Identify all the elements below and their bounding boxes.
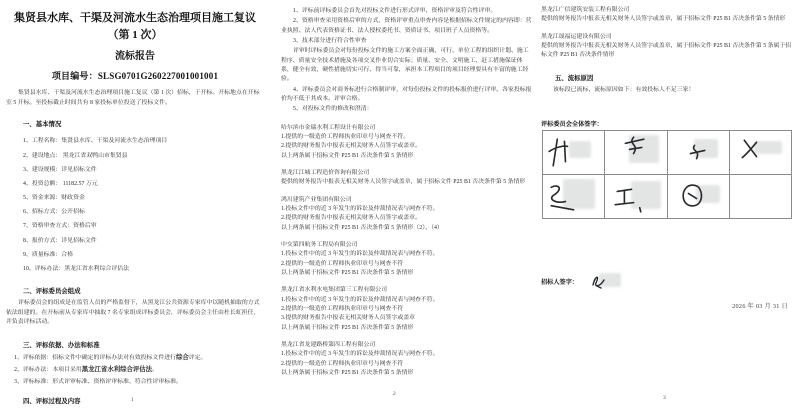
committee-signature-cell: [543, 175, 605, 219]
committee-signature-cell: [667, 175, 729, 219]
rejection-reason: 1.投标文件中的近 3 年发生的诉讼及仲裁情况表与网查不符。: [281, 205, 533, 214]
process-paragraph: 2、资格审查采用资格后审的方式，资格评审重点审查内容是根据招标文件规定的内容即：…: [281, 17, 533, 36]
company-name: 黑龙江晟福运建设有限公司: [541, 33, 794, 42]
intro-paragraph: 集贤县水库、干渠及河流水生态治理项目施工复议（第 1 次）招标，于开标。开标地点…: [6, 88, 264, 108]
rejection-reason: 以上两条属于招标文件 P25 B1 否决条件第 5 条情形: [281, 269, 533, 278]
rejected-bidder-block: 中交第四航务工程局有限公司 1.投标文件中的近 3 年发生的诉讼及仲裁情况表与网…: [281, 241, 533, 278]
rejection-reason: 以上两条属于招标文件 P25 B1 否决条件第 5 条情形: [281, 152, 533, 161]
failure-reason-paragraph: 该标段已流标，流标原因如下：有效投标人不足三家！: [541, 86, 794, 95]
bidder-signature-label: 招标人签字：: [541, 277, 578, 286]
handwritten-signature: [605, 175, 666, 218]
company-name: 哈尔滨市金瑞水利工程设计有限公司: [281, 124, 533, 133]
rejected-bidder-block: 黑龙江江城工程造价咨询有限公司 提供的财务报告中报表无相关财务人员签字或盖章，属…: [281, 169, 533, 188]
rejection-reason: 2.提供的一级造价工程师执业印章号与网查不符: [281, 360, 533, 369]
criteria-item: 2、评标办法：本项目采用黑龙江省水利综合评估法。: [6, 364, 264, 377]
criteria-list: 1、评标依据：招标文件中确定的评标办法对有效投标文件进行综合评定。 2、评标办法…: [6, 352, 264, 389]
basic-info-item: 2、建设地点： 黑龙江省双鸭山市集贤县: [6, 150, 264, 164]
report-page-1: 集贤县水库、干渠及河流水生态治理项目施工复议（第 1 次） 流标报告 项目编号：…: [6, 0, 264, 419]
basic-info-item: 10、评标办法：黑龙江省水利综合评估法: [6, 263, 264, 277]
rejection-reason: 2.提供的财务报告中报表无相关财务人员签字或盖章。: [281, 214, 533, 223]
rejection-reason: 1.投标文件中的近 3 年发生的诉讼及仲裁情况表与网查不符。: [281, 250, 533, 259]
criteria-emphasis: 综合: [176, 354, 189, 361]
process-paragraph: 5、对投标文件的修改和澄清：: [281, 105, 533, 114]
process-paragraph: 1、评标前评标委员会首先对投标文件进行形式评审、资格评审及符合性评审。: [281, 7, 533, 16]
committee-signature-cell-empty: [729, 175, 791, 219]
rejection-reason: 2.提供的一级造价工程师执业印章号与网查不符: [281, 305, 533, 314]
committee-signature-cell: [605, 175, 667, 219]
section-basic-info-heading: 一、基本情况: [23, 119, 264, 128]
page-number-3: 3: [663, 395, 666, 401]
rejection-reason: 以上两条属于招标文件 P25 B1 否决条件第 5 条情形（2）、（4）: [281, 224, 533, 233]
company-name: 黑龙江江城工程造价咨询有限公司: [281, 169, 533, 178]
handwritten-signature: [605, 131, 666, 174]
committee-paragraph: 评标委员会的组成是在监管人员的严格监督下，从黑龙江公共资源专家库中以随机抽取的方…: [6, 299, 264, 327]
handwritten-signature: [587, 271, 635, 291]
criteria-item: 3、评标标准：形式评审标准、资格评审标准、符合性评审标准。: [6, 377, 264, 389]
rejection-reason: 2.提供的一级造价工程师执业印章号与网查不符: [281, 260, 533, 269]
committee-signature-cell: [667, 131, 729, 175]
section-process-heading: 四、评标过程及内容: [23, 396, 264, 405]
bidder-handwritten-signature: [587, 271, 635, 291]
criteria-text: 。: [152, 367, 158, 373]
project-number-line: 项目编号：SLSG0701G260227001001001: [6, 69, 264, 82]
rejected-bidder-block: 哈尔滨市金瑞水利工程设计有限公司 1.提供的一级造价工程师执业印章号与网查不符。…: [281, 124, 533, 161]
rejection-reason: 以上两条属于招标文件 P25 B1 否决条件第 5 条情形: [281, 369, 533, 378]
project-number-label: 项目编号：: [52, 71, 98, 81]
section-criteria-heading: 三、评标依据、办法和标准: [23, 340, 264, 349]
rejection-reason: 提供的财务报告中报表无相关财务人员签字或盖章，属于招标文件 P25 B1 否决条…: [541, 42, 794, 61]
report-page-3: 黑龙江广信建筑安装工程有限公司 提供的财务报告中报表无相关财务人员签字或盖章，属…: [541, 0, 794, 419]
criteria-item: 1、评标依据：招标文件中确定的评标办法对有效投标文件进行综合评定。: [6, 352, 264, 365]
company-name: 黑龙江广信建筑安装工程有限公司: [541, 6, 794, 15]
process-paragraph: 4、评标委员会对商务标进行合格制评审，对每份投标文件的投标报价进行评审。各家投标…: [281, 86, 533, 105]
project-number-value: SLSG0701G260227001001001: [98, 71, 218, 81]
company-name: 鸿川建筑产业集团有限公司: [281, 196, 533, 205]
page-number-2: 2: [393, 391, 396, 397]
rejected-bidder-block: 黑龙江省水利水电集团第三工程有限公司 1.投标文件中的近 3 年发生的诉讼及仲裁…: [281, 286, 533, 333]
criteria-text: 2、评标办法：本项目采用: [14, 367, 82, 373]
rejection-reason: 3.提供的财务报告中报表无相关财务人员签字或盖章: [281, 314, 533, 323]
criteria-text: 1、评标依据：招标文件中确定的评标办法对有效投标文件进行: [14, 355, 176, 361]
committee-signature-cell: [605, 131, 667, 175]
committee-signature-table: [542, 130, 792, 219]
basic-info-item: 6、招标方式：公开招标: [6, 206, 264, 220]
handwritten-signature: [543, 131, 604, 174]
criteria-emphasis: 黑龙江省水利综合评估法: [82, 366, 152, 373]
criteria-text: 评定。: [189, 355, 207, 361]
rejection-reason: 1.投标文件中的近 3 年发生的诉讼及仲裁情况表与网查不符。: [281, 350, 533, 359]
handwritten-signature: [730, 131, 791, 174]
rejection-reason: 提供的财务报告中报表无相关财务人员签字或盖章，属于招标文件 P25 B1 否决条…: [281, 178, 533, 187]
criteria-text: 3、评标标准：形式评审标准、资格评审标准、符合性评审标准。: [14, 379, 182, 385]
basic-info-item: 9、质量标准：合格: [6, 249, 264, 263]
company-name: 中交第四航务工程局有限公司: [281, 241, 533, 250]
bidder-signature-row: 招标人签字：: [541, 271, 578, 291]
rejection-reason: 1.提供的一级造价工程师执业印章号与网查不符。: [281, 133, 533, 142]
basic-info-item: 1、工程名称：集贤县水库、干渠及河流水生态治理项目: [6, 135, 264, 149]
page-number-1: 1: [131, 397, 134, 403]
basic-info-item: 4、投资总额： 11182.57 万元: [6, 178, 264, 192]
rejected-bidder-block: 黑龙江广信建筑安装工程有限公司 提供的财务报告中报表无相关财务人员签字或盖章，属…: [541, 6, 794, 25]
scanned-document: { "doc": { "page1": { "title": "集贤县水库、干渠…: [0, 0, 800, 419]
rejected-bidder-block: 黑龙江晟福运建设有限公司 提供的财务报告中报表无相关财务人员签字或盖章，属于招标…: [541, 33, 794, 61]
section-committee-heading: 二、评标委员会组成: [23, 286, 264, 295]
process-paragraph: 3、技术部分进行符合性审查: [281, 37, 533, 46]
report-page-2: 1、评标前评标委员会首先对投标文件进行形式评审、资格评审及符合性评审。 2、资格…: [281, 0, 533, 419]
basic-info-item: 7、资格审查方式：资格后审: [6, 220, 264, 234]
handwritten-signature: [668, 131, 729, 174]
basic-info-item: 3、建设规模：详见招标文件: [6, 164, 264, 178]
report-title: 集贤县水库、干渠及河流水生态治理项目施工复议（第 1 次）: [6, 10, 264, 43]
committee-signature-cell: [543, 131, 605, 175]
process-paragraph: 评审时评标委员会对每份投标文件的施工方案全面正确、可行、单位工程的组织计划、施工…: [281, 47, 533, 84]
basic-info-item: 8、报价方式：详见招标文件: [6, 235, 264, 249]
report-subtitle: 流标报告: [6, 47, 264, 62]
committee-signature-cell: [729, 131, 791, 175]
handwritten-signature: [543, 175, 604, 218]
basic-info-item: 5、资金来源：财政资金: [6, 192, 264, 206]
report-date: 2026 年 03 月 31 日: [732, 301, 788, 310]
rejection-reason: 以上两条属于招标文件 P25 B1 否决条件第 5 条情形: [281, 324, 533, 333]
rejection-reason: 1.投标文件中的近 3 年发生的诉讼及仲裁情况表与网查不符。: [281, 296, 533, 305]
rejected-bidder-block: 黑龙江省龙建路桥第四工程有限公司 1.投标文件中的近 3 年发生的诉讼及仲裁情况…: [281, 341, 533, 378]
company-name: 黑龙江省龙建路桥第四工程有限公司: [281, 341, 533, 350]
rejection-reason: 提供的财务报告中报表无相关财务人员签字或盖章，属于招标文件 P25 B1 否决条…: [541, 15, 794, 24]
rejected-bidder-block: 鸿川建筑产业集团有限公司 1.投标文件中的近 3 年发生的诉讼及仲裁情况表与网查…: [281, 196, 533, 233]
section-failure-reason-heading: 五、流标原因: [555, 73, 794, 82]
handwritten-signature: [668, 175, 729, 218]
basic-info-list: 1、工程名称：集贤县水库、干渠及河流水生态治理项目 2、建设地点： 黑龙江省双鸭…: [6, 135, 264, 277]
rejection-reason: 2.提供的财务报告中报表无相关财务人员签字或盖章。: [281, 142, 533, 151]
committee-signature-label: 评标委员会全体签字：: [541, 119, 603, 128]
company-name: 黑龙江省水利水电集团第三工程有限公司: [281, 286, 533, 295]
